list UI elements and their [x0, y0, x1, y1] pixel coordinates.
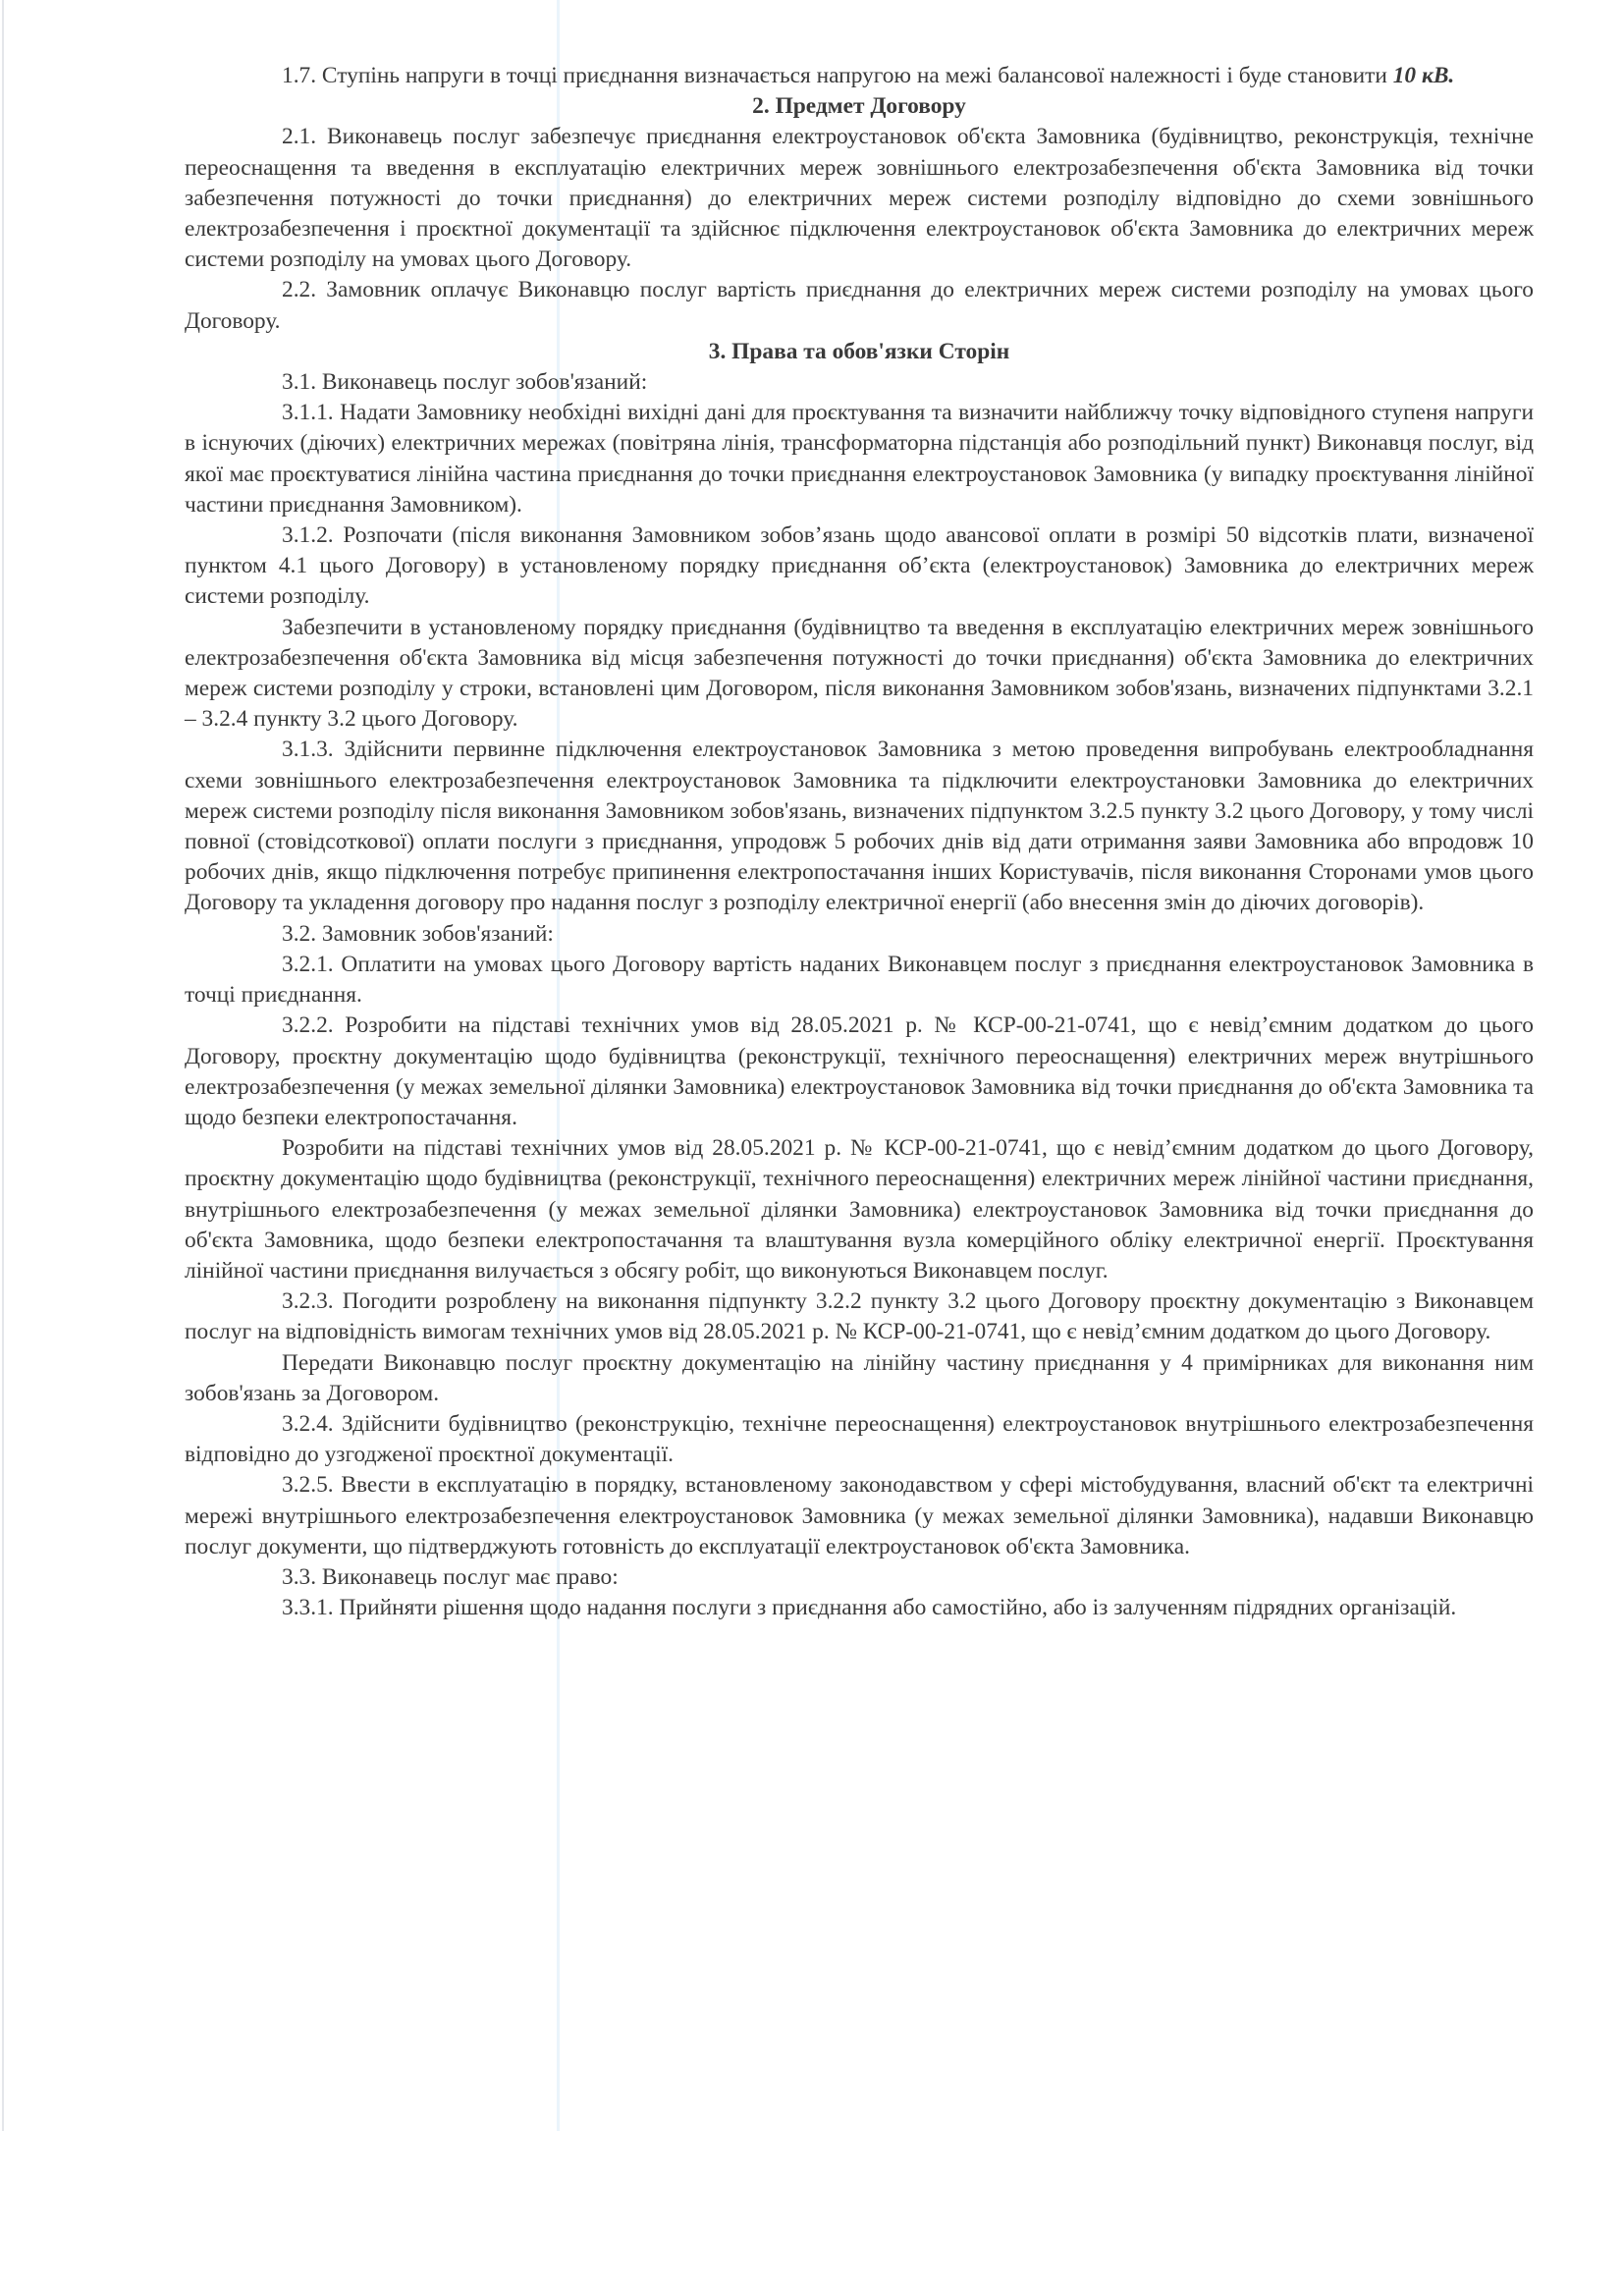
section-heading-2: 2. Предмет Договору — [185, 91, 1534, 122]
clause-3-1-3: 3.1.3. Здійснити первинне підключення ел… — [185, 735, 1534, 918]
voltage-value: 10 кВ. — [1393, 63, 1455, 88]
clause-3-2-3-cont: Передати Виконавцю послуг проєктну докум… — [185, 1348, 1534, 1409]
clause-3-3-1: 3.3.1. Прийняти рішення щодо надання пос… — [185, 1593, 1534, 1623]
clause-3-1-2-cont: Забезпечити в установленому порядку приє… — [185, 613, 1534, 736]
clause-1-7: 1.7. Ступінь напруги в точці приєднання … — [185, 61, 1534, 91]
clause-3-1-2: 3.1.2. Розпочати (після виконання Замовн… — [185, 520, 1534, 613]
clause-3-2-4: 3.2.4. Здійснити будівництво (реконструк… — [185, 1409, 1534, 1470]
clause-3-2-1: 3.2.1. Оплатити на умовах цього Договору… — [185, 950, 1534, 1011]
section-heading-3: 3. Права та обов'язки Сторін — [185, 337, 1534, 367]
document-page: 1.7. Ступінь напруги в точці приєднання … — [185, 61, 1534, 1623]
clause-3-1: 3.1. Виконавець послуг зобов'язаний: — [185, 367, 1534, 398]
clause-3-3: 3.3. Виконавець послуг має право: — [185, 1562, 1534, 1593]
clause-3-2-2-cont: Розробити на підставі технічних умов від… — [185, 1133, 1534, 1286]
clause-2-1: 2.1. Виконавець послуг забезпечує приєдн… — [185, 122, 1534, 275]
clause-3-2-2: 3.2.2. Розробити на підставі технічних у… — [185, 1011, 1534, 1133]
clause-3-1-1: 3.1.1. Надати Замовнику необхідні вихідн… — [185, 398, 1534, 520]
clause-1-7-text: 1.7. Ступінь напруги в точці приєднання … — [282, 63, 1393, 88]
clause-3-2-3: 3.2.3. Погодити розроблену на виконання … — [185, 1286, 1534, 1347]
clause-3-2: 3.2. Замовник зобов'язаний: — [185, 919, 1534, 950]
clause-3-2-5: 3.2.5. Ввести в експлуатацію в порядку, … — [185, 1470, 1534, 1562]
scan-edge — [2, 0, 4, 2131]
clause-2-2: 2.2. Замовник оплачує Виконавцю послуг в… — [185, 275, 1534, 336]
